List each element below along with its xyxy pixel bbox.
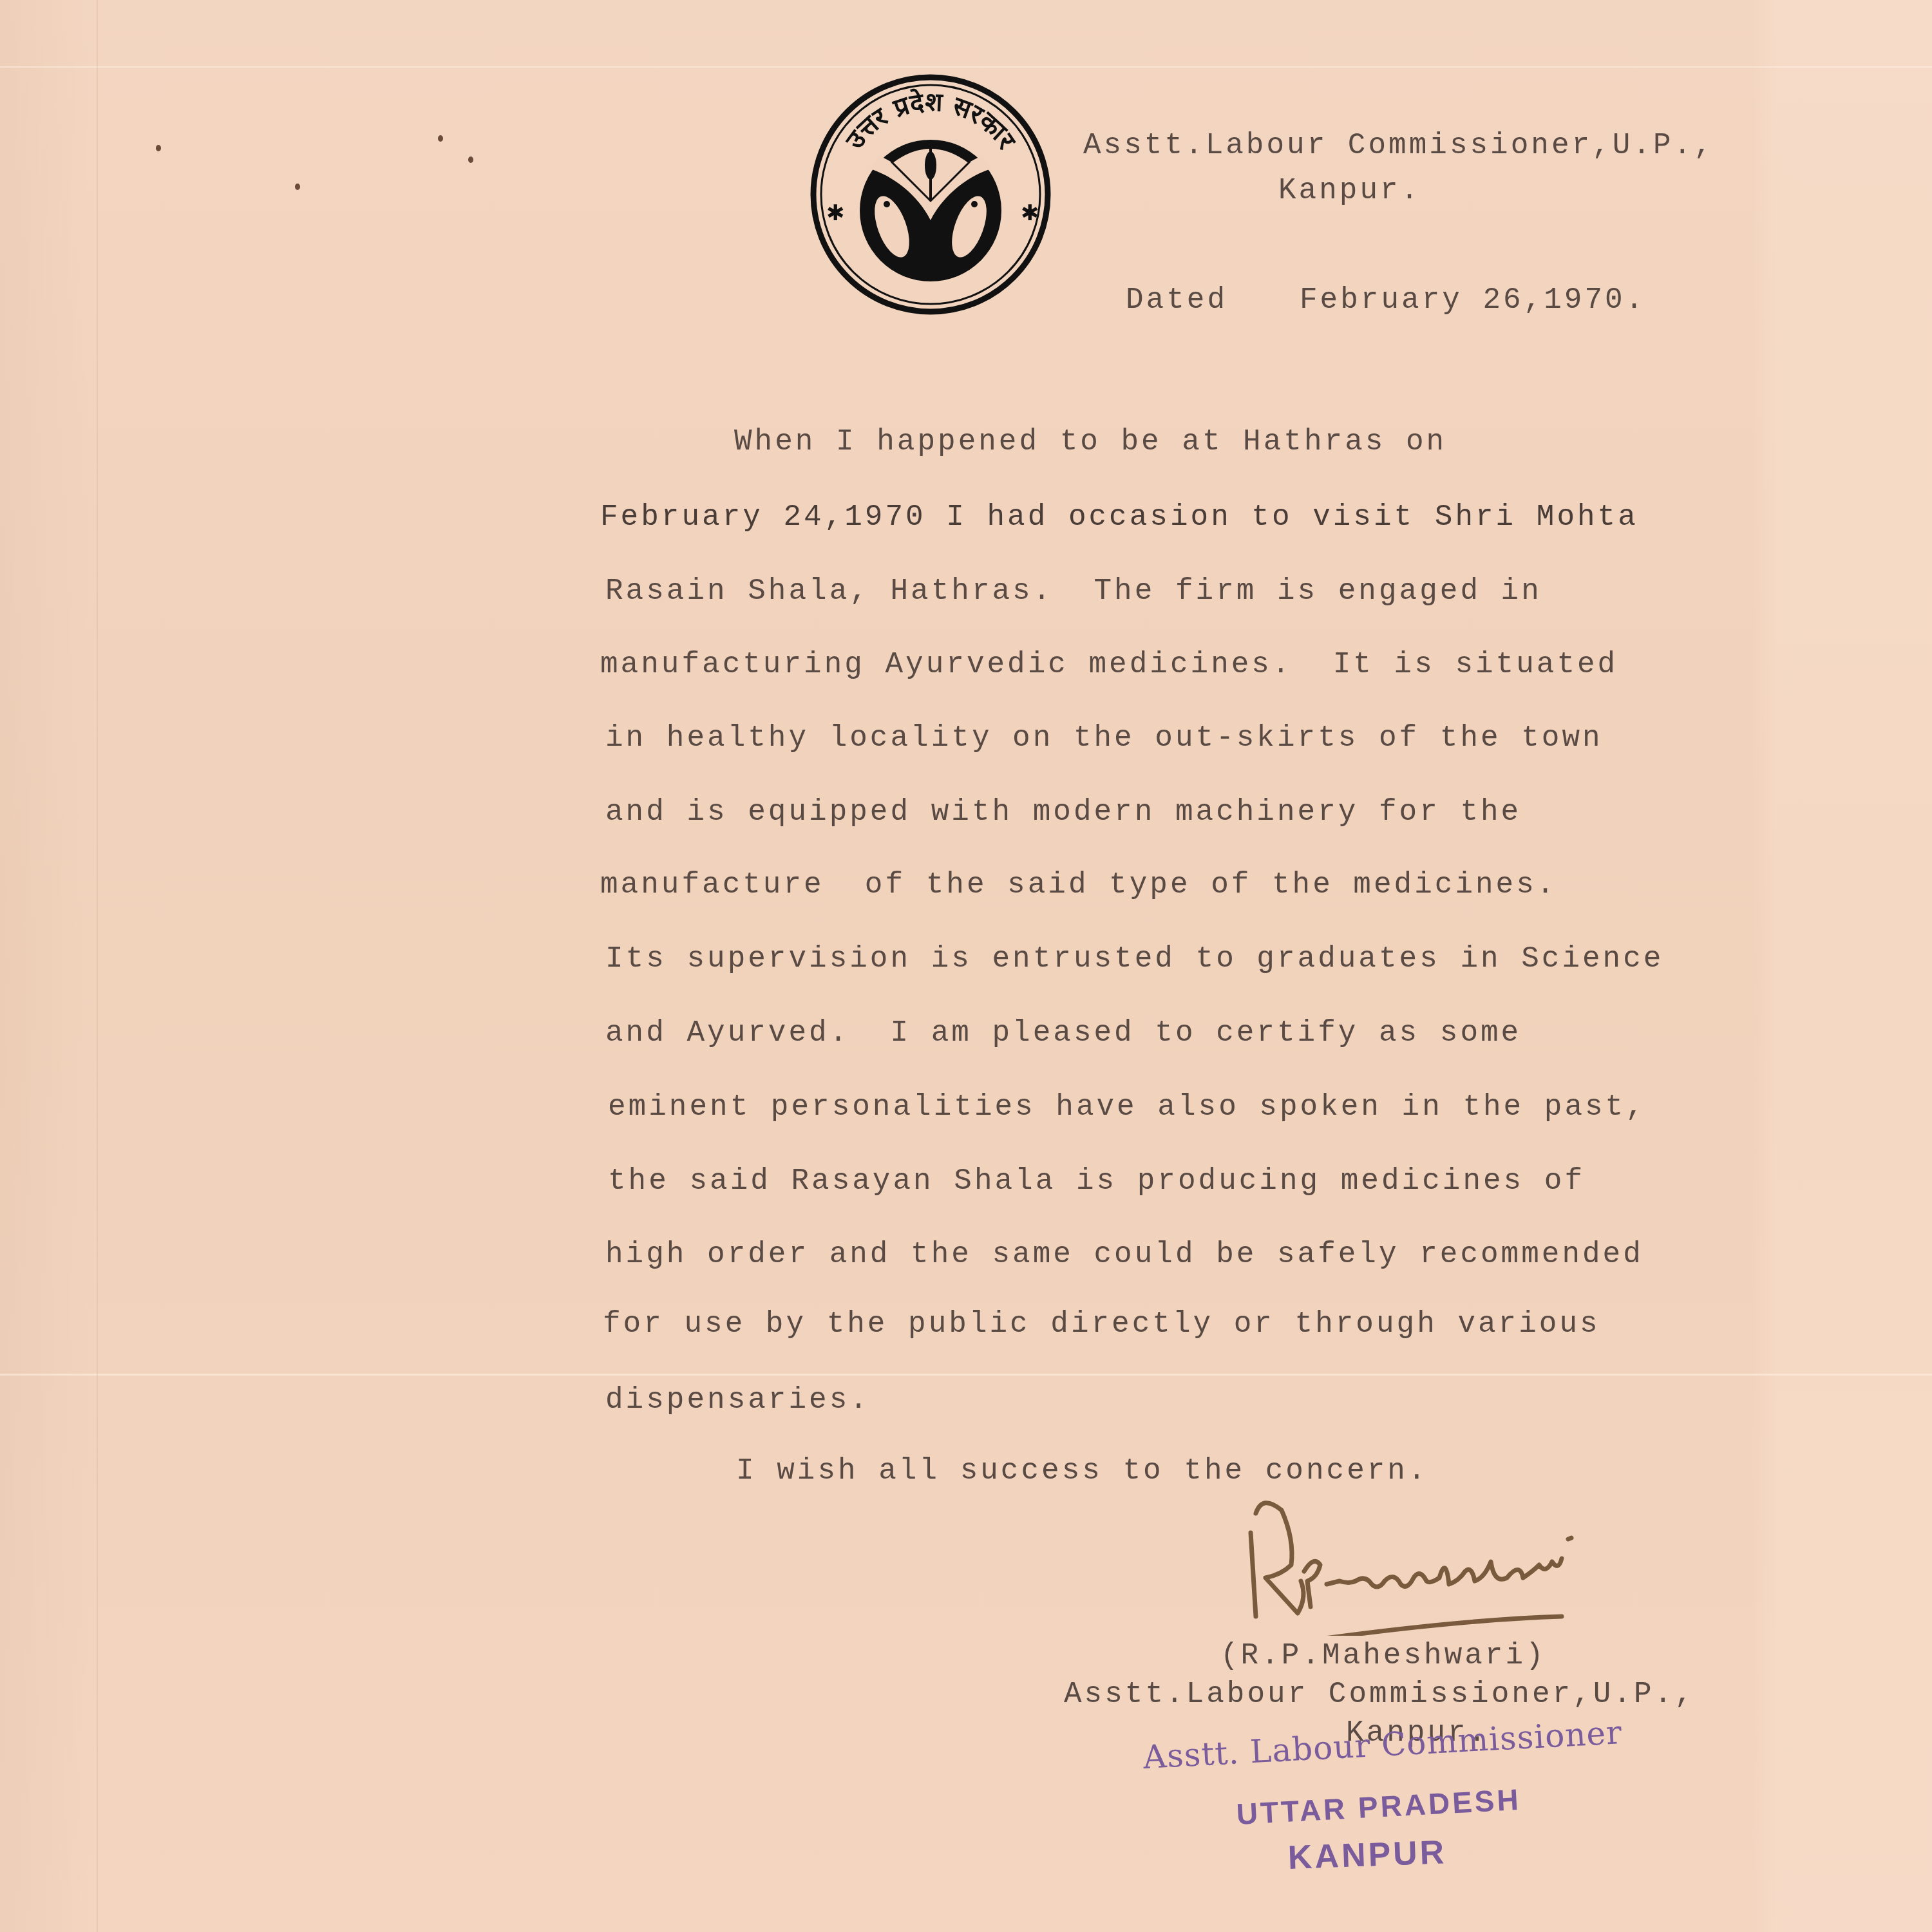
signatory-name: (R.P.Maheshwari) <box>1220 1639 1546 1672</box>
body-line: manufacturing Ayurvedic medicines. It is… <box>600 648 1618 681</box>
fold-crease <box>97 0 98 1932</box>
body-line: for use by the public directly or throug… <box>603 1307 1600 1341</box>
body-line: and is equipped with modern machinery fo… <box>605 795 1521 829</box>
body-line: When I happened to be at Hathras on <box>734 425 1446 459</box>
body-line: and Ayurved. I am pleased to certify as … <box>605 1016 1521 1050</box>
body-line: high order and the same could be safely … <box>605 1238 1643 1271</box>
handwritten-signature <box>1236 1488 1739 1636</box>
body-line: the said Rasayan Shala is producing medi… <box>608 1164 1585 1198</box>
svg-text:✱: ✱ <box>1021 200 1039 226</box>
body-line: eminent personalities have also spoken i… <box>608 1090 1646 1124</box>
fold-crease <box>0 1374 1932 1376</box>
body-line: manufacture of the said type of the medi… <box>600 868 1557 902</box>
pin-hole <box>468 156 473 163</box>
fold-crease <box>0 66 1932 68</box>
pin-hole <box>438 135 443 142</box>
pin-hole <box>295 184 300 190</box>
letter-date: February 26,1970. <box>1300 283 1645 317</box>
body-line: February 24,1970 I had occasion to visit… <box>600 500 1638 534</box>
dated-label: Dated <box>1126 283 1227 317</box>
body-line: Its supervision is entrusted to graduate… <box>605 942 1663 976</box>
office-address-line2: Kanpur. <box>1278 174 1421 207</box>
signatory-title: Asstt.Labour Commissioner,U.P., <box>1064 1678 1695 1711</box>
body-line: Rasain Shala, Hathras. The firm is engag… <box>605 574 1542 608</box>
svg-text:✱: ✱ <box>826 200 845 226</box>
closing-line: I wish all success to the concern. <box>736 1454 1428 1488</box>
up-government-emblem-icon: उत्तर प्रदेश सरकार ✱ ✱ <box>808 72 1053 317</box>
official-stamp-line3: KANPUR <box>1287 1833 1447 1877</box>
pin-hole <box>156 145 161 151</box>
body-line: in healthy locality on the out-skirts of… <box>605 721 1603 755</box>
office-address-line1: Asstt.Labour Commissioner,U.P., <box>1083 129 1714 162</box>
body-line: dispensaries. <box>605 1383 870 1417</box>
